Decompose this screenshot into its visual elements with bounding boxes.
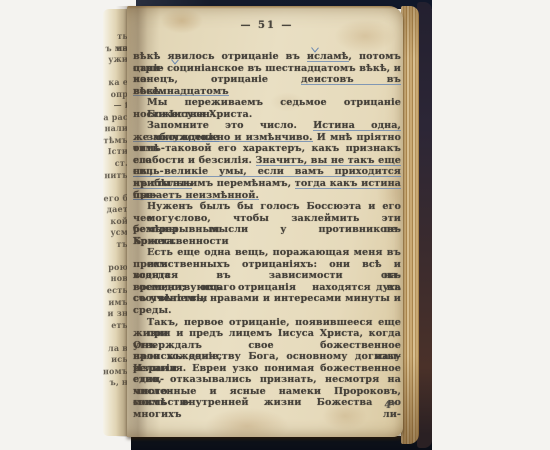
text-line: ходятся въ зависимости отъ господствующа… [133,270,401,282]
text-segment: съ ученіемъ, нравами и интересами минуты… [133,293,401,304]
pencil-underlined-text: бываетъ неизмѣнной. [133,190,259,201]
text-line: тить таковой его характеръ, какъ признак… [133,143,401,155]
text-segment: вѣкѣ явилось отрицаніе въ [133,51,307,62]
text-line: Нуженъ былъ бы голосъ Боссюэта и его мог… [133,201,401,213]
text-line: съ ученіемъ, нравами и интересами минуты… [133,293,401,305]
text-line: Израиля. Евреи узко понимая божественное… [133,363,401,375]
text-segment: Запомните это число. [147,120,313,131]
text-line: слабости и безсилія. Значитъ, вы не такъ… [133,155,401,167]
text-line: преемственныхъ отрицаніяхъ: они всѣ и вс… [133,259,401,271]
text-segment: цаніе [133,63,167,74]
text-segment: къ столькимъ перемѣнамъ, [133,178,295,189]
text-line: численные и ясные намеки Пророковъ, совм… [133,386,401,398]
text-line: жизни и предъ лицемъ Іисуса Христа, когд… [133,328,401,340]
text-line: мость внутренней жизни Божества во многи… [133,397,401,409]
text-segment: мость внутренней жизни Божества во многи… [133,397,401,420]
text-line: къ столькимъ перемѣнамъ, тогда какъ исти… [133,178,401,190]
text-line: ство, отказывались признать, несмотря на… [133,374,401,386]
text-line: Такъ, первое отрицаніе, появившееся еще … [133,317,401,329]
book-cover-edge [417,2,432,448]
backdrop-shadow-bottom [131,436,432,450]
text-segment: слабости и безсилія. [133,155,256,166]
text-segment: вѣкѣ. [133,86,164,97]
pencil-underlined-text: же многосложно и измѣнчиво. [133,132,313,143]
text-segment: социніанское [167,63,244,74]
text-line: ны, великіе умы, если вамъ приходится пр… [133,166,401,178]
text-line: Запомните это число. Истина одна, заблуж… [133,120,401,132]
text-line: же многосложно и измѣнчиво. И мнѣ пріятн… [133,132,401,144]
fore-edge-page-stack [401,6,419,444]
text-line: среды. [133,305,401,317]
pencil-check-mark-icon [311,43,319,52]
text-line: ремѣны мысли у противниковъ Божественнос… [133,224,401,236]
text-segment: конецъ, отрицаніе [133,74,301,85]
text-line: бываетъ неизмѣнной. [133,190,401,202]
signature-mark: 4* [375,400,405,411]
text-line: ности Іисуса Христа. [133,109,401,121]
page-text-block: вѣкѣ явилось отрицаніе въ исламѣ, потомъ… [133,51,401,409]
text-line: Христа. [133,236,401,248]
text-line: Есть еще одна вещь, поражающая меня въ и… [133,247,401,259]
page-number: — 51 — [133,20,401,31]
text-segment: Христа. [133,236,176,247]
text-line: утверждалъ свое божественное происхожден… [133,340,401,352]
text-segment: ности Іисуса Христа. [133,109,252,120]
book-photo: ть наъ мнужика еопр— іа расналитѣмъІстис… [0,0,550,450]
text-line: вало къ единству Бога, основному догмату… [133,351,401,363]
text-line: чее слово, чтобы заклеймить эти безпреры… [133,213,401,225]
pencil-underlined-text: исламѣ [307,51,349,62]
text-line: цаніе социніанское въ шестнадцатомъ вѣкѣ… [133,63,401,75]
text-line: конецъ, отрицаніе деистовъ въ восемнадца… [133,74,401,86]
text-segment: среды. [133,305,172,316]
text-line: Мы переживаемъ седьмое отрицаніе Божеств… [133,97,401,109]
book-page: — 51 — вѣкѣ явилось отрицаніе въ исламѣ,… [127,6,403,437]
text-line: времени; ихъ отрицанія находятся въ соот… [133,282,401,294]
